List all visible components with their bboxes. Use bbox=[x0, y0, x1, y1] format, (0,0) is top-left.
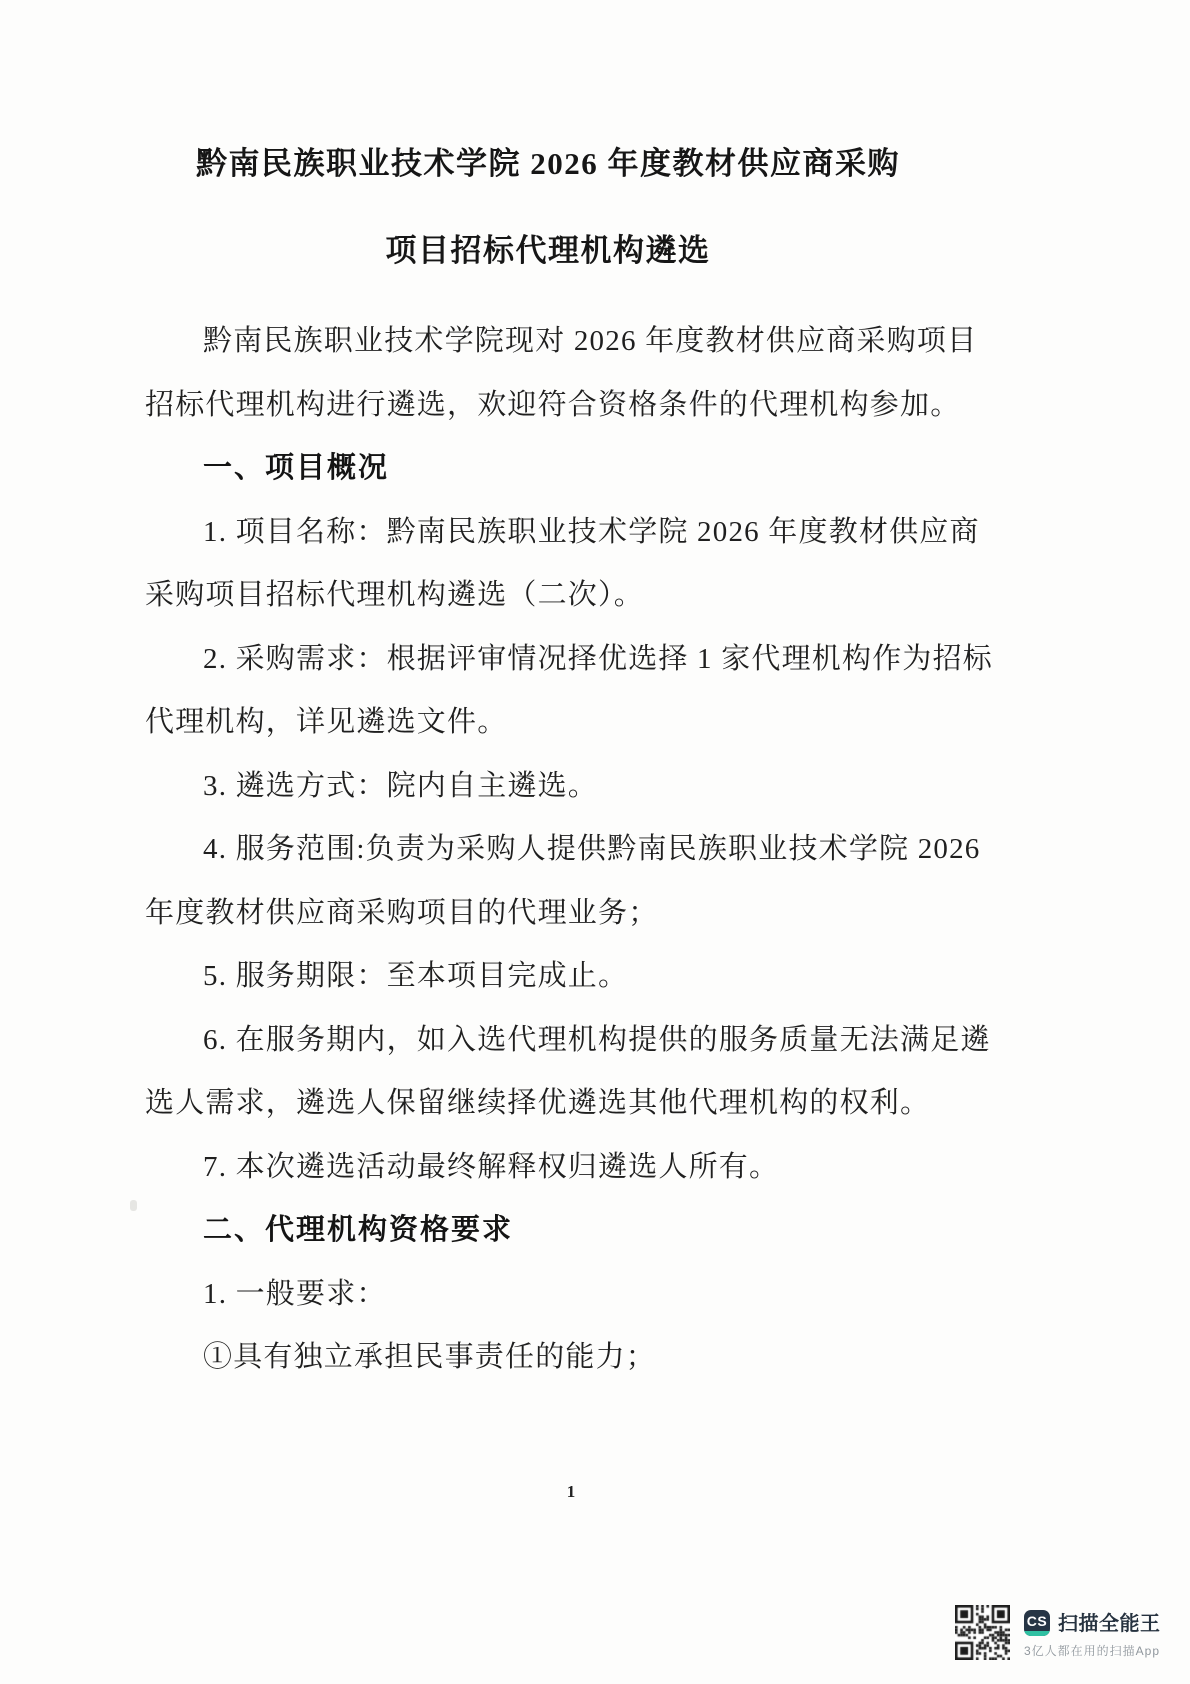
qr-code bbox=[955, 1605, 1010, 1660]
camscanner-logo-icon: CS bbox=[1024, 1610, 1050, 1636]
camscanner-app-name: 扫描全能王 bbox=[1058, 1613, 1161, 1635]
camscanner-tagline: 3亿人都在用的扫描App bbox=[1024, 1644, 1160, 1658]
logo-monogram: CS bbox=[1024, 1610, 1050, 1632]
document-page: 黔南民族职业技术学院 2026 年度教材供应商采购 项目招标代理机构遴选 黔南民… bbox=[0, 0, 1190, 1684]
camscanner-watermark: CS 扫描全能王 3亿人都在用的扫描App bbox=[0, 0, 1190, 1684]
